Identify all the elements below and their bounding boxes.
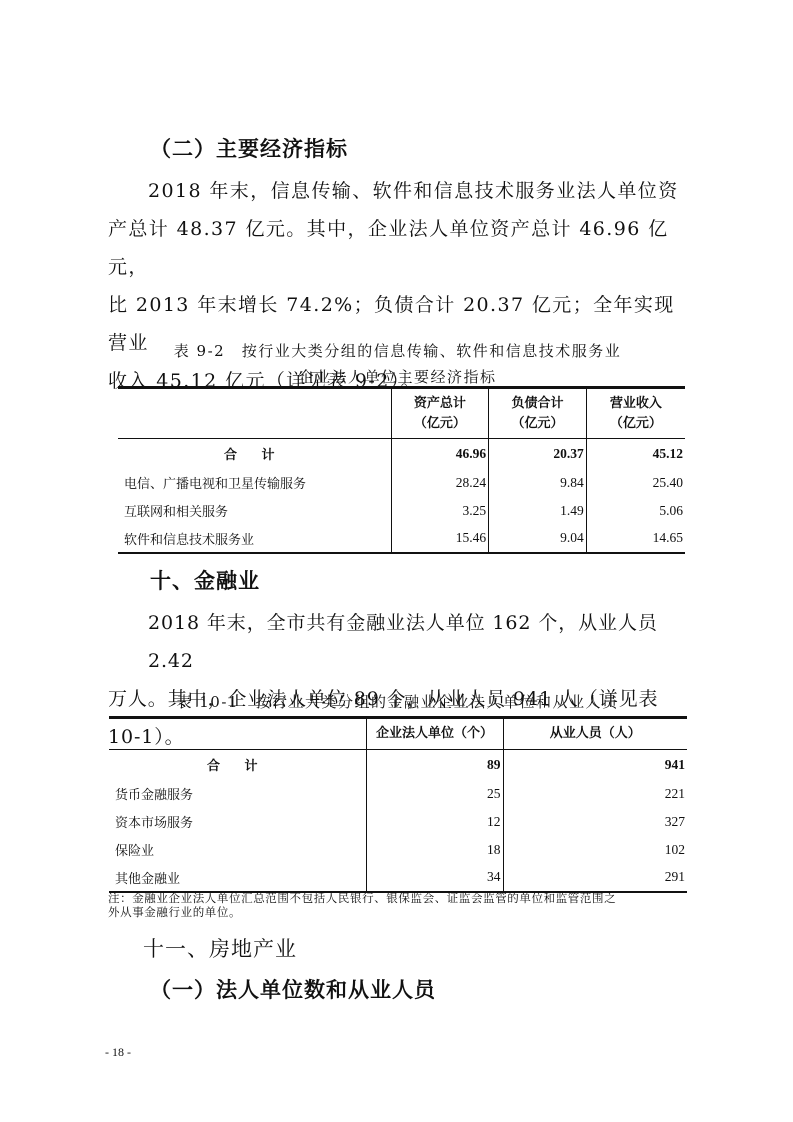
paragraph-line: 2018 年末，全市共有金融业法人单位 162 个，从业人员 2.42	[108, 604, 688, 680]
header-cell-total-liabilities: 负债合计 （亿元）	[489, 388, 587, 439]
total-employees-value: 941	[503, 750, 687, 780]
table-9-2-caption-line2: 企业法人单位主要经济指标	[110, 366, 685, 387]
header-cell-total-assets: 资产总计 （亿元）	[391, 388, 489, 439]
cell-liabilities: 1.49	[489, 497, 587, 525]
table-9-2-caption-line1: 表 9-2 按行业大类分组的信息传输、软件和信息技术服务业	[110, 340, 685, 361]
header-unit: （亿元）	[394, 414, 487, 434]
total-label: 合 计	[118, 439, 391, 469]
table-total-row: 合 计 46.96 20.37 45.12	[118, 439, 685, 469]
header-cell-enterprise-units: 企业法人单位（个）	[366, 718, 503, 750]
section-heading-finance: 十、金融业	[150, 565, 260, 595]
section-heading-real-estate: 十一、房地产业	[143, 933, 297, 963]
table-row: 其他金融业 34 291	[109, 864, 687, 892]
row-label: 其他金融业	[109, 864, 366, 892]
row-label: 互联网和相关服务	[118, 497, 391, 525]
table-row: 保险业 18 102	[109, 836, 687, 864]
table-header-row: 资产总计 （亿元） 负债合计 （亿元） 营业收入 （亿元）	[118, 388, 685, 439]
table-row: 货币金融服务 25 221	[109, 780, 687, 808]
paragraph-line: 产总计 48.37 亿元。其中，企业法人单位资产总计 46.96 亿元，	[108, 210, 683, 286]
table-total-row: 合 计 89 941	[109, 750, 687, 780]
cell-units: 18	[366, 836, 503, 864]
section-heading-economic-indicators: （二）主要经济指标	[150, 133, 348, 163]
header-cell-category	[118, 388, 391, 439]
cell-revenue: 5.06	[586, 497, 685, 525]
header-cell-category	[109, 718, 366, 750]
cell-employees: 327	[503, 808, 687, 836]
table-10-1: 企业法人单位（个） 从业人员（人） 合 计 89 941 货币金融服务 25 2…	[109, 716, 687, 893]
cell-employees: 291	[503, 864, 687, 892]
cell-assets: 3.25	[391, 497, 489, 525]
note-line: 注：金融业企业法人单位汇总范围不包括人民银行、银保监会、证监会监管的单位和监管范…	[108, 891, 686, 905]
page-number: - 18 -	[105, 1045, 131, 1060]
cell-revenue: 25.40	[586, 469, 685, 497]
cell-employees: 221	[503, 780, 687, 808]
header-cell-employees: 从业人员（人）	[503, 718, 687, 750]
row-label: 保险业	[109, 836, 366, 864]
table-row: 互联网和相关服务 3.25 1.49 5.06	[118, 497, 685, 525]
header-unit: （亿元）	[491, 414, 584, 434]
total-liabilities-value: 20.37	[489, 439, 587, 469]
total-assets-value: 46.96	[391, 439, 489, 469]
cell-revenue: 14.65	[586, 525, 685, 553]
table-10-1-note: 注：金融业企业法人单位汇总范围不包括人民银行、银保监会、证监会监管的单位和监管范…	[108, 891, 686, 919]
total-units-value: 89	[366, 750, 503, 780]
paragraph-line: 2018 年末，信息传输、软件和信息技术服务业法人单位资	[108, 172, 683, 210]
cell-assets: 15.46	[391, 525, 489, 553]
table-row: 电信、广播电视和卫星传输服务 28.24 9.84 25.40	[118, 469, 685, 497]
table-row: 资本市场服务 12 327	[109, 808, 687, 836]
row-label: 资本市场服务	[109, 808, 366, 836]
table-header-row: 企业法人单位（个） 从业人员（人）	[109, 718, 687, 750]
header-label: 资产总计	[394, 394, 487, 414]
header-cell-operating-revenue: 营业收入 （亿元）	[586, 388, 685, 439]
header-label: 营业收入	[589, 394, 683, 414]
subsection-heading-units-employees: （一）法人单位数和从业人员	[150, 974, 436, 1004]
header-unit: （亿元）	[589, 414, 683, 434]
cell-liabilities: 9.04	[489, 525, 587, 553]
row-label: 电信、广播电视和卫星传输服务	[118, 469, 391, 497]
cell-assets: 28.24	[391, 469, 489, 497]
row-label: 货币金融服务	[109, 780, 366, 808]
total-label: 合 计	[109, 750, 366, 780]
cell-units: 12	[366, 808, 503, 836]
cell-employees: 102	[503, 836, 687, 864]
header-label: 负债合计	[491, 394, 584, 414]
total-revenue-value: 45.12	[586, 439, 685, 469]
cell-units: 34	[366, 864, 503, 892]
cell-liabilities: 9.84	[489, 469, 587, 497]
table-row: 软件和信息技术服务业 15.46 9.04 14.65	[118, 525, 685, 553]
table-9-2: 资产总计 （亿元） 负债合计 （亿元） 营业收入 （亿元） 合 计 46.96 …	[118, 386, 685, 554]
row-label: 软件和信息技术服务业	[118, 525, 391, 553]
table-10-1-caption: 表 10-1 按行业大类分组的金融业企业法人单位和从业人员	[110, 691, 685, 712]
note-line: 外从事金融行业的单位。	[108, 905, 686, 919]
cell-units: 25	[366, 780, 503, 808]
